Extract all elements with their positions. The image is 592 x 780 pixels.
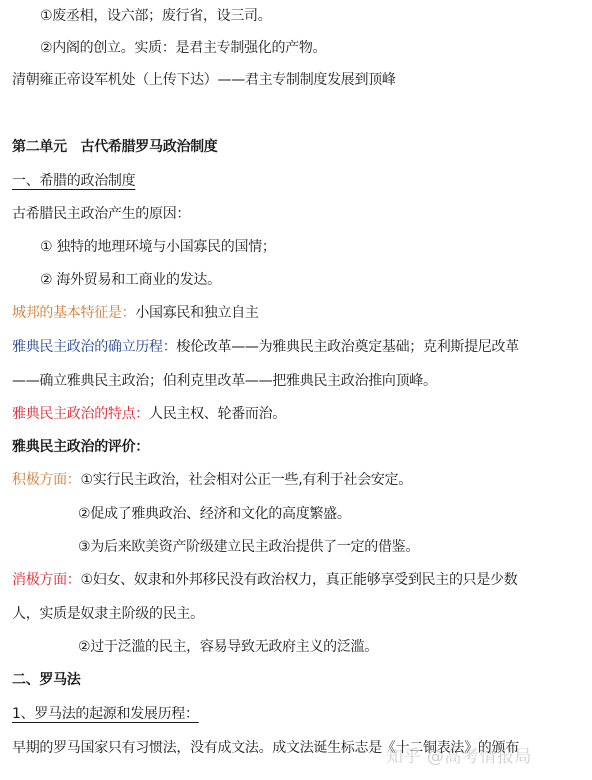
city-state-line: 城邦的基本特征是：小国寡民和独立自主	[12, 303, 259, 323]
negative-label: 消极方面：	[12, 572, 81, 588]
negative-text: ①妇女、奴隶和外邦移民没有政治权力，真正能够享受到民主的只是少数	[81, 572, 518, 588]
establish-label: 雅典民主政治的确立历程：	[12, 339, 176, 355]
text-line: ——确立雅典民主政治；伯利克里改革——把雅典民主政治推向顶峰。	[12, 371, 437, 391]
section-title: 一、希腊的政治制度	[12, 171, 135, 191]
unit-title: 第二单元 古代希腊罗马政治制度	[12, 137, 218, 157]
evaluation-title: 雅典民主政治的评价：	[12, 437, 149, 457]
city-state-label: 城邦的基本特征是：	[12, 305, 135, 321]
list-item: ②过于泛滥的民主，容易导致无政府主义的泛滥。	[78, 637, 378, 657]
list-item: ① 独特的地理环境与小国寡民的国情；	[40, 237, 276, 257]
establish-line: 雅典民主政治的确立历程：梭伦改革——为雅典民主政治奠定基础；克利斯提尼改革	[12, 337, 519, 357]
feature-text: 人民主权、轮番而治。	[149, 406, 286, 422]
list-item: ② 海外贸易和工商业的发达。	[40, 270, 221, 290]
feature-label: 雅典民主政治的特点：	[12, 406, 149, 422]
text-line: ②内阁的创立。实质：是君主专制强化的产物。	[40, 38, 326, 58]
watermark: 知乎 @高考情报局	[386, 742, 532, 767]
establish-text: 梭伦改革——为雅典民主政治奠定基础；克利斯提尼改革	[176, 339, 519, 355]
section-title: 二、罗马法	[12, 670, 81, 690]
text-line: 清朝雍正帝设军机处（上传下达）——君主专制制度发展到顶峰	[12, 70, 396, 90]
positive-text: ①实行民主政治，社会相对公正一些,有利于社会安定。	[81, 472, 413, 488]
list-item: ②促成了雅典政治、经济和文化的高度繁盛。	[78, 504, 351, 524]
positive-label: 积极方面：	[12, 472, 81, 488]
list-item: ③为后来欧美资产阶级建立民主政治提供了一定的借鉴。	[78, 537, 419, 557]
positive-line: 积极方面：①实行民主政治，社会相对公正一些,有利于社会安定。	[12, 470, 412, 490]
feature-line: 雅典民主政治的特点：人民主权、轮番而治。	[12, 404, 286, 424]
text-line: 人，实质是奴隶主阶级的民主。	[12, 604, 204, 624]
city-state-text: 小国寡民和独立自主	[135, 305, 258, 321]
negative-line: 消极方面：①妇女、奴隶和外邦移民没有政治权力，真正能够享受到民主的只是少数	[12, 570, 517, 590]
subsection-title: 1、罗马法的起源和发展历程：	[12, 704, 199, 724]
text-line: ①废丞相，设六部；废行省，设三司。	[40, 6, 271, 26]
text-line: 古希腊民主政治产生的原因：	[12, 204, 190, 224]
